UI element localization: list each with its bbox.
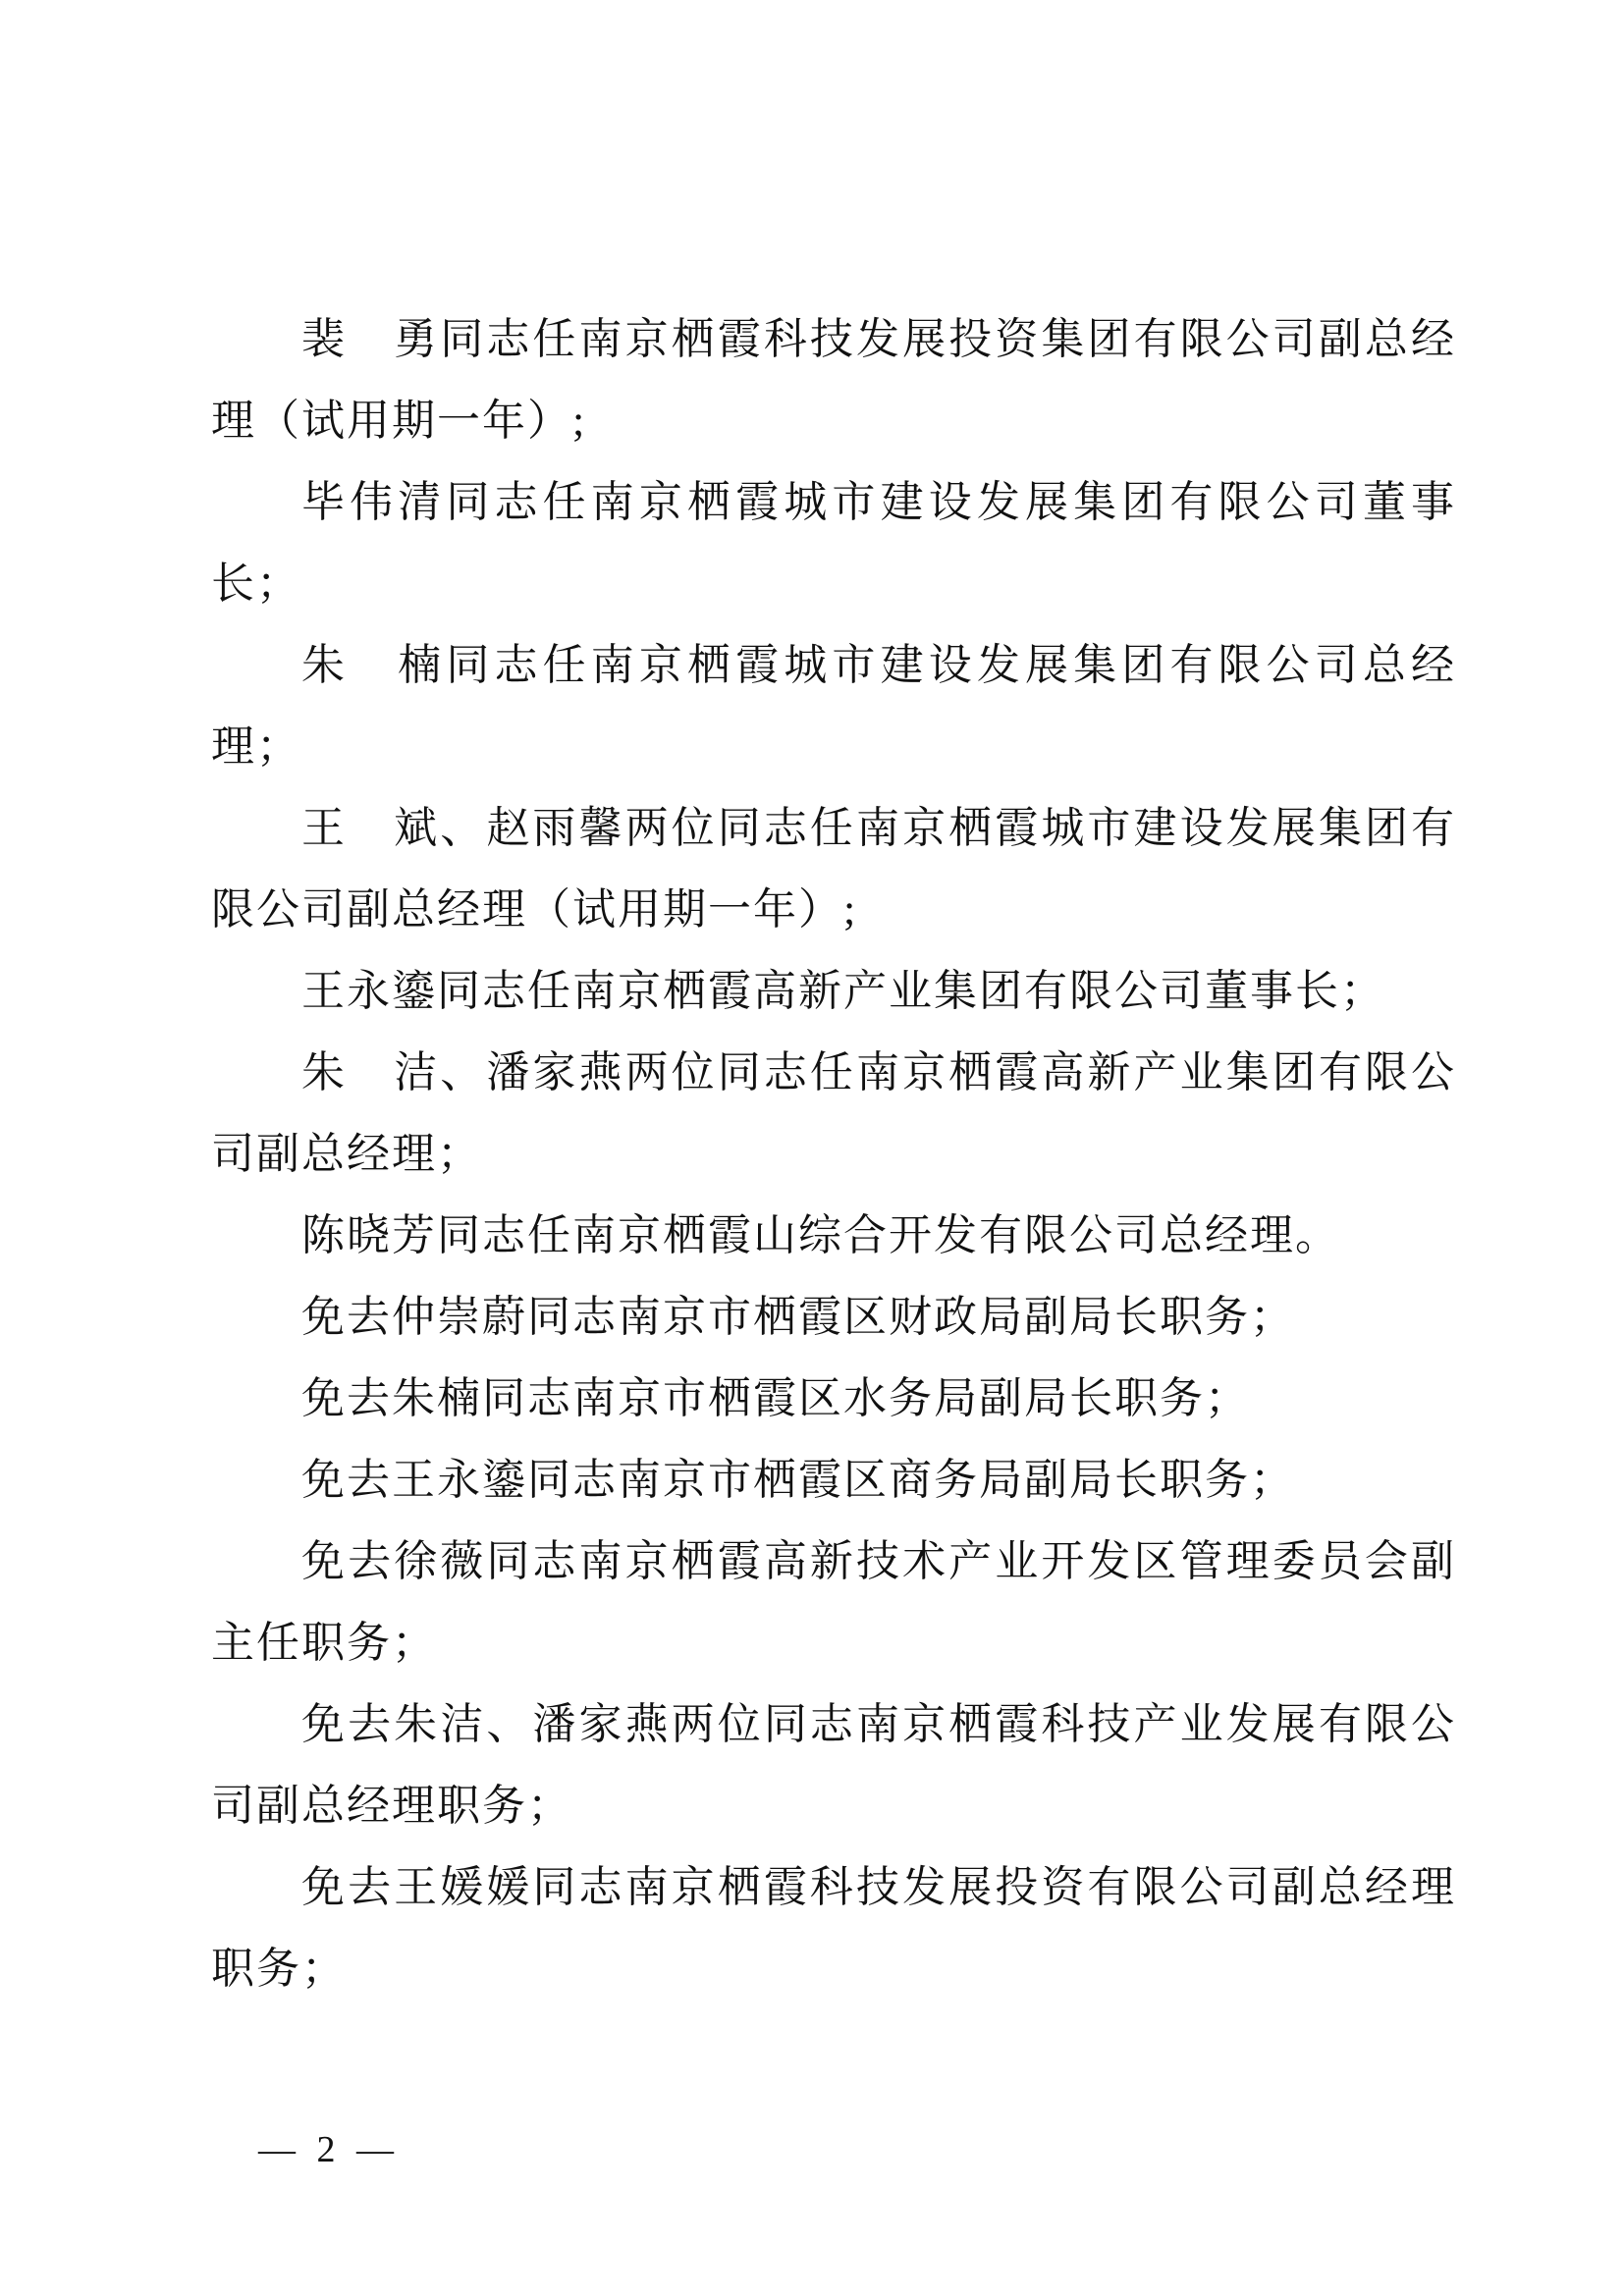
document-line: 免去徐薇同志南京栖霞高新技术产业开发区管理委员会副	[211, 1521, 1454, 1602]
document-line: 免去仲崇蔚同志南京市栖霞区财政局副局长职务；	[211, 1276, 1454, 1358]
document-line: 毕伟清同志任南京栖霞城市建设发展集团有限公司董事	[211, 461, 1454, 543]
document-line: 王 斌、赵雨馨两位同志任南京栖霞城市建设发展集团有	[211, 787, 1454, 869]
document-line: 限公司副总经理（试用期一年）;	[211, 869, 1454, 950]
document-line: 裴 勇同志任南京栖霞科技发展投资集团有限公司副总经	[211, 298, 1454, 380]
page-number: — 2 —	[258, 2128, 400, 2171]
document-line: 免去王媛媛同志南京栖霞科技发展投资有限公司副总经理	[211, 1846, 1454, 1928]
document-line: 王永鎏同志任南京栖霞高新产业集团有限公司董事长；	[211, 950, 1454, 1032]
document-line: 理（试用期一年）;	[211, 380, 1454, 461]
document-line: 理；	[211, 706, 1454, 787]
document-page: 裴 勇同志任南京栖霞科技发展投资集团有限公司副总经理（试用期一年）;毕伟清同志任…	[0, 0, 1624, 2296]
document-line: 免去王永鎏同志南京市栖霞区商务局副局长职务；	[211, 1439, 1454, 1521]
document-line: 免去朱楠同志南京市栖霞区水务局副局长职务；	[211, 1358, 1454, 1439]
document-line: 职务；	[211, 1928, 1454, 2009]
document-line: 主任职务；	[211, 1602, 1454, 1683]
document-line: 朱 洁、潘家燕两位同志任南京栖霞高新产业集团有限公	[211, 1032, 1454, 1113]
document-line: 免去朱洁、潘家燕两位同志南京栖霞科技产业发展有限公	[211, 1683, 1454, 1765]
document-line: 陈晓芳同志任南京栖霞山综合开发有限公司总经理。	[211, 1195, 1454, 1276]
document-line: 司副总经理；	[211, 1113, 1454, 1195]
document-line: 长；	[211, 543, 1454, 624]
document-line: 司副总经理职务；	[211, 1765, 1454, 1846]
document-line: 朱 楠同志任南京栖霞城市建设发展集团有限公司总经	[211, 624, 1454, 706]
document-body-text: 裴 勇同志任南京栖霞科技发展投资集团有限公司副总经理（试用期一年）;毕伟清同志任…	[211, 298, 1454, 2009]
